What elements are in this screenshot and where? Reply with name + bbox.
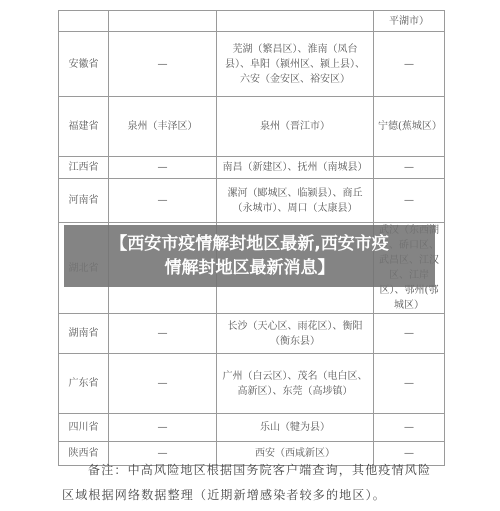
other-risk-cell: — <box>374 314 445 354</box>
medium-risk-cell: 广州（白云区）、茂名（电白区、高新区）、东莞（高埗镇） <box>217 354 374 414</box>
other-risk-cell: — <box>374 354 445 414</box>
medium-risk-cell <box>217 11 374 32</box>
table-row: 安徽省—芜湖（繁昌区）、淮南（凤台县）、阜阳（颍州区、颍上县）、六安（金安区、裕… <box>59 32 445 97</box>
other-risk-cell: — <box>374 414 445 442</box>
table-row: 江西省—南昌（新建区）、抚州（南城县）— <box>59 157 445 179</box>
province-cell: 四川省 <box>59 414 109 442</box>
high-risk-cell: — <box>109 414 217 442</box>
other-risk-cell: 平湖市） <box>374 11 445 32</box>
medium-risk-cell: 乐山（犍为县） <box>217 414 374 442</box>
other-risk-cell: — <box>374 32 445 97</box>
table-row: 平湖市） <box>59 11 445 32</box>
province-cell: 江西省 <box>59 157 109 179</box>
document-page: 平湖市）安徽省—芜湖（繁昌区）、淮南（凤台县）、阜阳（颍州区、颍上县）、六安（金… <box>0 0 500 511</box>
province-cell <box>59 11 109 32</box>
other-risk-cell: 宁德(蕉城区） <box>374 97 445 157</box>
table-row: 广东省—广州（白云区）、茂名（电白区、高新区）、东莞（高埗镇）— <box>59 354 445 414</box>
medium-risk-cell: 长沙（天心区、雨花区）、衡阳（衡东县） <box>217 314 374 354</box>
province-cell: 安徽省 <box>59 32 109 97</box>
other-risk-cell: — <box>374 157 445 179</box>
province-cell: 湖南省 <box>59 314 109 354</box>
table-row: 湖南省—长沙（天心区、雨花区）、衡阳（衡东县）— <box>59 314 445 354</box>
high-risk-cell: — <box>109 179 217 223</box>
banner-title-line-2: 情解封地区最新消息】 <box>165 256 335 280</box>
medium-risk-cell: 芜湖（繁昌区）、淮南（凤台县）、阜阳（颍州区、颍上县）、六安（金安区、裕安区） <box>217 32 374 97</box>
banner-title-line-1: 【西安市疫情解封地区最新,西安市疫 <box>110 232 388 256</box>
province-cell: 福建省 <box>59 97 109 157</box>
high-risk-cell: — <box>109 157 217 179</box>
province-cell: 广东省 <box>59 354 109 414</box>
high-risk-cell: — <box>109 32 217 97</box>
high-risk-cell: — <box>109 314 217 354</box>
footnote-line-1: 备注：中高风险地区根据国务院客户端查询，其他疫情风险 <box>88 461 468 478</box>
high-risk-cell: 泉州（丰泽区） <box>109 97 217 157</box>
province-cell: 河南省 <box>59 179 109 223</box>
medium-risk-cell: 南昌（新建区）、抚州（南城县） <box>217 157 374 179</box>
table-row: 四川省—乐山（犍为县）— <box>59 414 445 442</box>
high-risk-cell <box>109 11 217 32</box>
other-risk-cell: — <box>374 179 445 223</box>
table-row: 河南省—漯河（郾城区、临颍县）、商丘（永城市）、周口（太康县）— <box>59 179 445 223</box>
table-row: 福建省泉州（丰泽区）泉州（晋江市）宁德(蕉城区） <box>59 97 445 157</box>
footnote-line-2: 区域根据网络数据整理（近期新增感染者较多的地区）。 <box>62 486 442 503</box>
medium-risk-cell: 漯河（郾城区、临颍县）、商丘（永城市）、周口（太康县） <box>217 179 374 223</box>
title-banner-overlay: 【西安市疫情解封地区最新,西安市疫 情解封地区最新消息】 <box>64 225 435 287</box>
medium-risk-cell: 泉州（晋江市） <box>217 97 374 157</box>
high-risk-cell: — <box>109 354 217 414</box>
